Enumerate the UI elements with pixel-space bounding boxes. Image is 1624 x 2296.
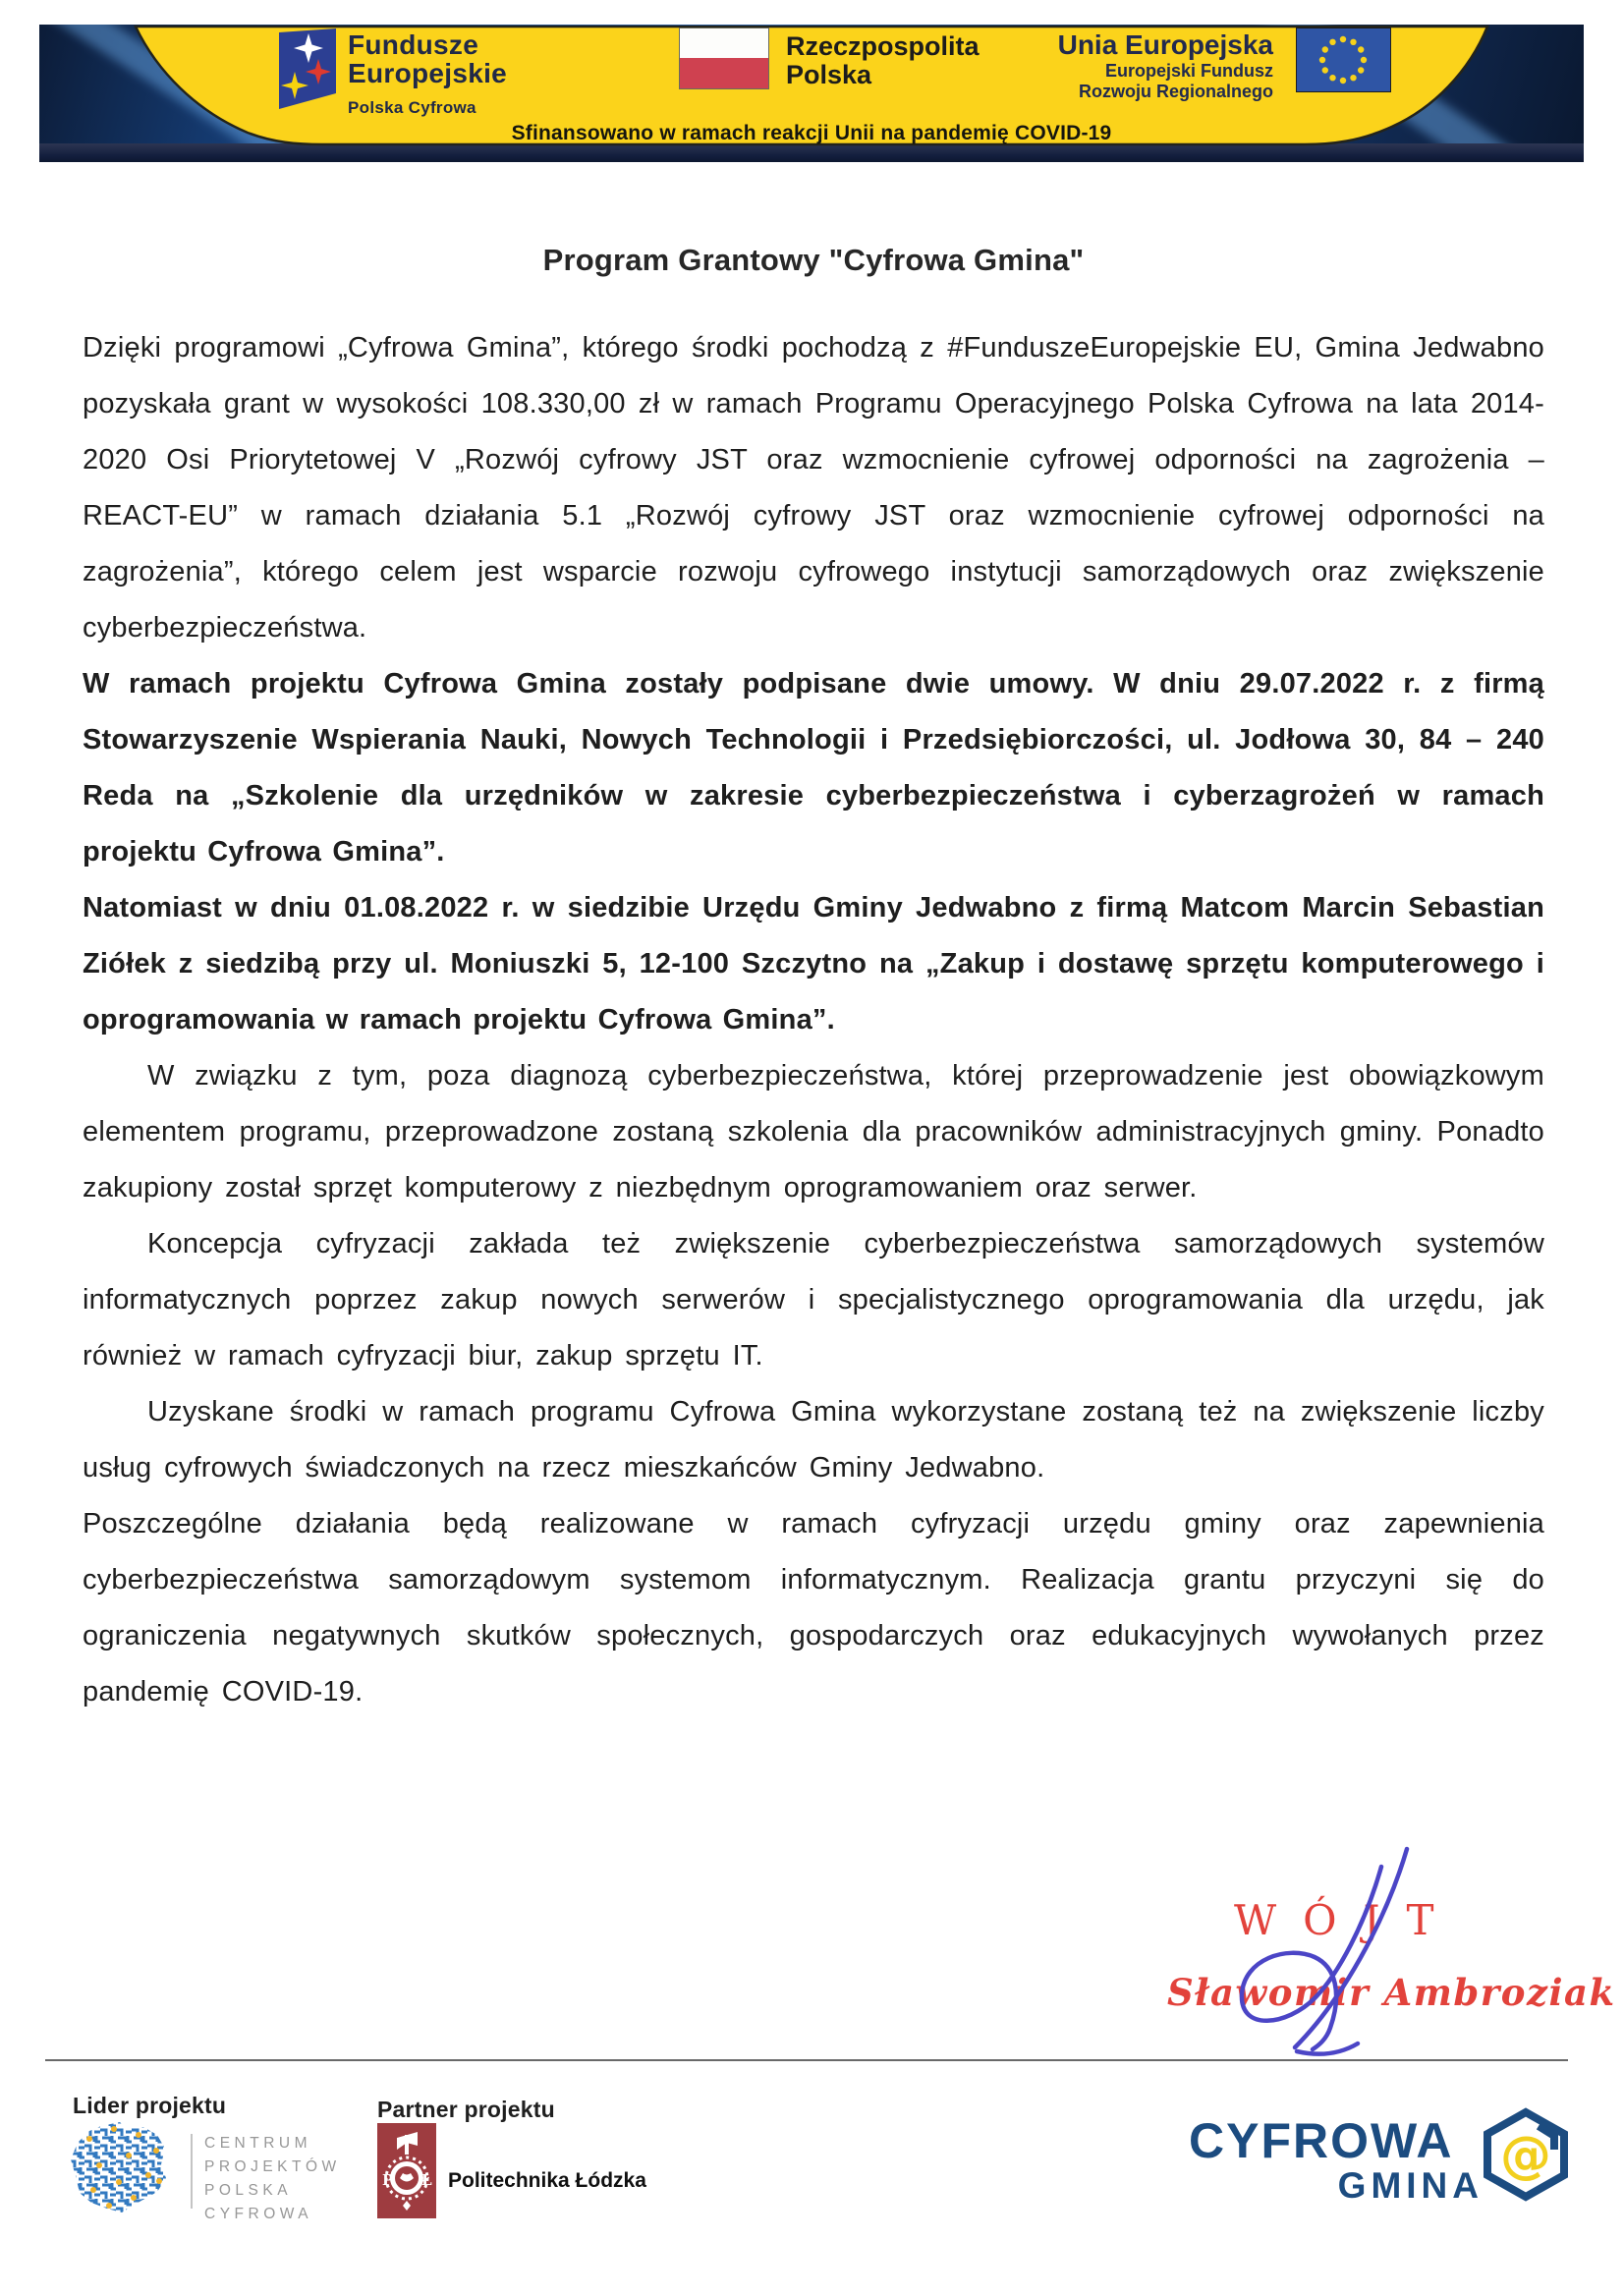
paragraph-4: W związku z tym, poza diagnozą cyberbezp… <box>83 1048 1544 1216</box>
paragraph-7: Poszczególne działania będą realizowane … <box>83 1496 1544 1720</box>
poland-flag-icon <box>679 28 769 89</box>
unia-europejska-wordmark: Unia Europejska Europejski Fundusz Rozwo… <box>963 29 1273 102</box>
cppc-poland-maze-logo <box>69 2120 171 2218</box>
svg-text:Ł: Ł <box>421 2171 432 2189</box>
cyfrowa-gmina-wordmark-line1: CYFROWA <box>1189 2112 1484 2169</box>
fe-line2: Europejskie <box>348 59 507 87</box>
eu-flag-icon <box>1296 28 1391 92</box>
cppc-wordmark: CENTRUM PROJEKTÓW POLSKA CYFROWA <box>204 2132 341 2226</box>
politechnika-lodzka-emblem: P Ł <box>377 2123 436 2218</box>
fe-line1: Fundusze <box>348 30 507 59</box>
cyfrowa-gmina-hexagon-icon: @ <box>1480 2106 1572 2203</box>
covid-financing-note: Sfinansowano w ramach reakcji Unii na pa… <box>39 122 1584 145</box>
cyfrowa-gmina-wordmark-line2: GMINA <box>1189 2165 1484 2207</box>
partner-label: Partner projektu <box>377 2097 555 2123</box>
handwritten-signature-ink <box>1149 1829 1444 2065</box>
paragraph-5: Koncepcja cyfryzacji zakłada też zwiększ… <box>83 1216 1544 1384</box>
svg-text:P: P <box>382 2171 393 2189</box>
paragraph-3: Natomiast w dniu 01.08.2022 r. w siedzib… <box>83 880 1544 1048</box>
cppc-logo-separator <box>191 2134 193 2209</box>
partner-name: Politechnika Łódzka <box>448 2169 646 2193</box>
document-body: Dzięki programowi „Cyfrowa Gmina”, które… <box>83 320 1544 1720</box>
footer-divider <box>45 2059 1568 2061</box>
fundusze-europejskie-flag-icon <box>279 28 336 109</box>
page-title: Program Grantowy "Cyfrowa Gmina" <box>83 243 1544 278</box>
rzeczpospolita-polska-wordmark: Rzeczpospolita Polska <box>786 32 980 89</box>
eu-funding-banner: Fundusze Europejskie Polska Cyfrowa Rzec… <box>39 25 1584 162</box>
paragraph-1: Dzięki programowi „Cyfrowa Gmina”, które… <box>83 320 1544 656</box>
fundusze-europejskie-wordmark: Fundusze Europejskie Polska Cyfrowa <box>348 30 507 122</box>
leader-label: Lider projektu <box>73 2093 226 2119</box>
at-icon: @ <box>1500 2126 1551 2185</box>
paragraph-6: Uzyskane środki w ramach programu Cyfrow… <box>83 1384 1544 1496</box>
fe-subtitle: Polska Cyfrowa <box>348 93 507 122</box>
paragraph-2: W ramach projektu Cyfrowa Gmina zostały … <box>83 656 1544 880</box>
